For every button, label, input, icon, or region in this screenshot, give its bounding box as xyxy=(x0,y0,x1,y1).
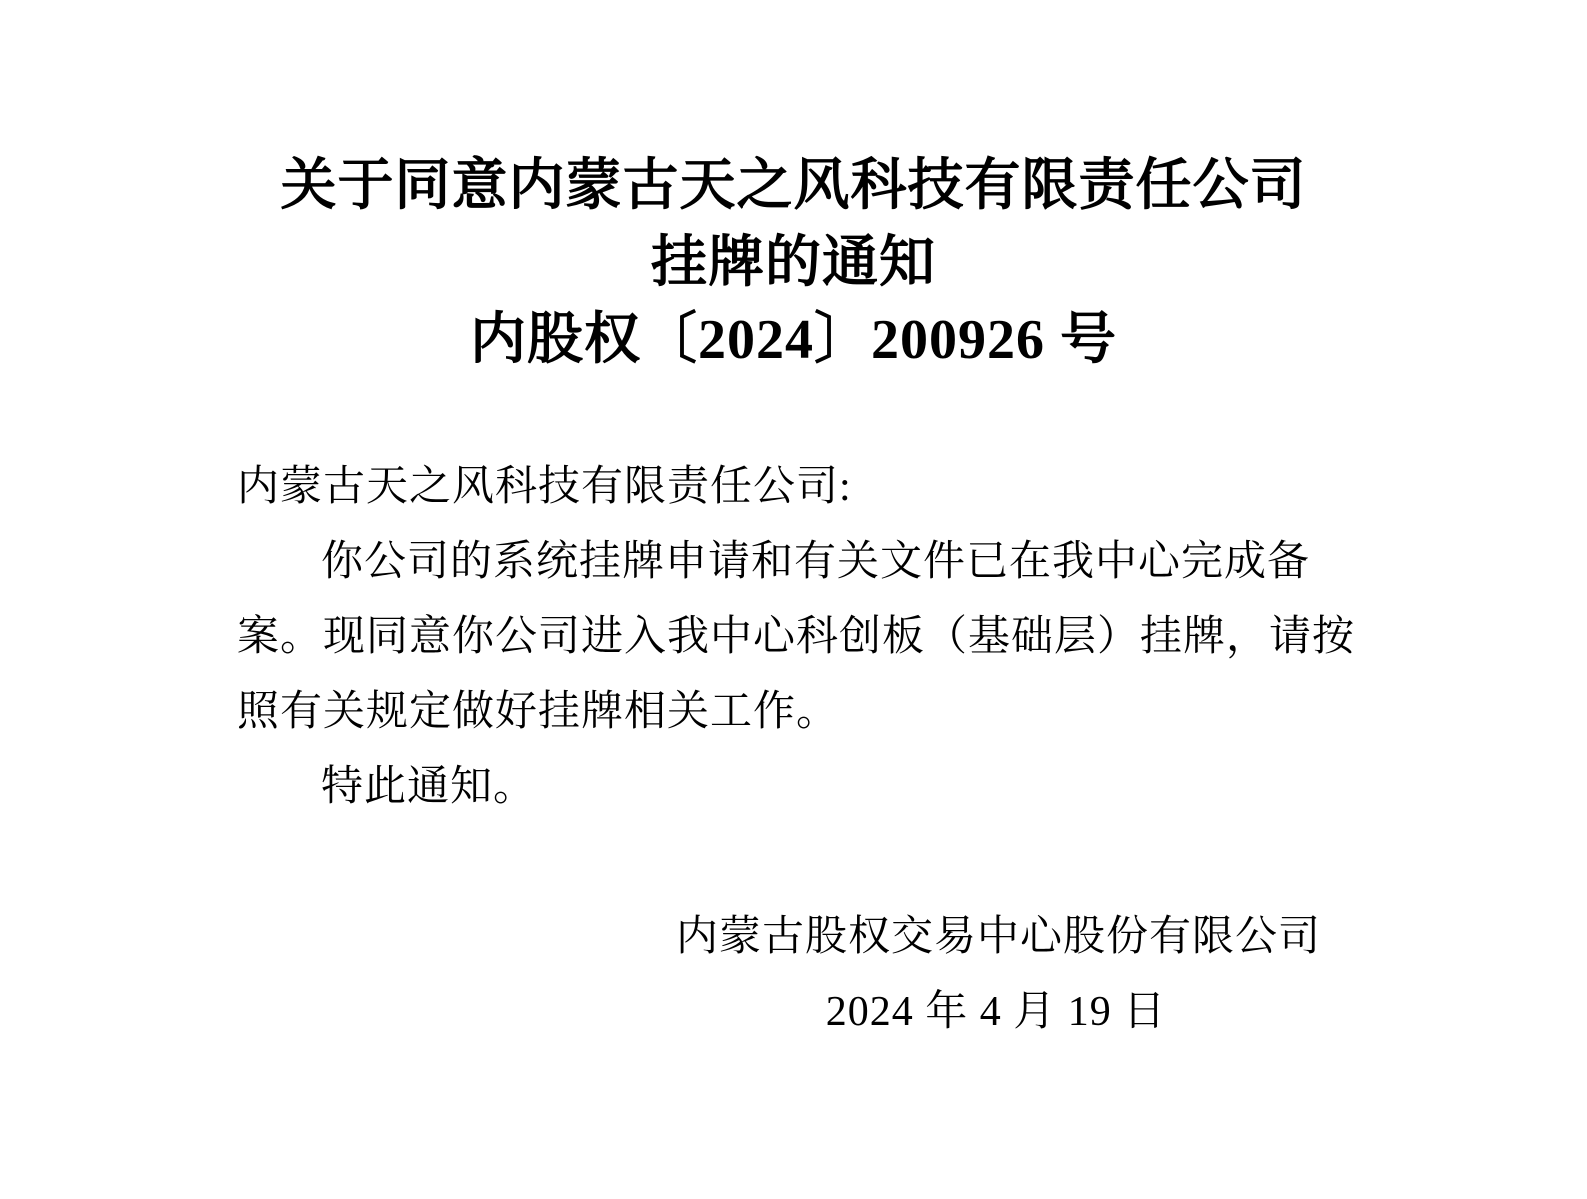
title-line-3-document-number: 内股权〔2024〕200926 号 xyxy=(0,302,1587,379)
signature-date: 2024 年 4 月 19 日 xyxy=(676,975,1316,1050)
closing-line: 特此通知。 xyxy=(237,750,1362,825)
signature-block: 内蒙古股权交易中心股份有限公司 2024 年 4 月 19 日 xyxy=(676,900,1316,1050)
salutation: 内蒙古天之风科技有限责任公司: xyxy=(237,450,1362,525)
signer-name: 内蒙古股权交易中心股份有限公司 xyxy=(676,900,1316,975)
title-line-2: 挂牌的通知 xyxy=(0,225,1587,302)
paragraph-line-3: 照有关规定做好挂牌相关工作。 xyxy=(237,675,1362,750)
paragraph-line-2: 案。现同意你公司进入我中心科创板（基础层）挂牌，请按 xyxy=(237,600,1362,675)
title-line-1: 关于同意内蒙古天之风科技有限责任公司 xyxy=(0,148,1587,225)
paragraph-line-1: 你公司的系统挂牌申请和有关文件已在我中心完成备 xyxy=(237,525,1362,600)
document-page: 关于同意内蒙古天之风科技有限责任公司 挂牌的通知 内股权〔2024〕200926… xyxy=(0,0,1587,1199)
document-body: 内蒙古天之风科技有限责任公司: 你公司的系统挂牌申请和有关文件已在我中心完成备 … xyxy=(237,450,1362,825)
document-title: 关于同意内蒙古天之风科技有限责任公司 挂牌的通知 内股权〔2024〕200926… xyxy=(0,148,1587,379)
